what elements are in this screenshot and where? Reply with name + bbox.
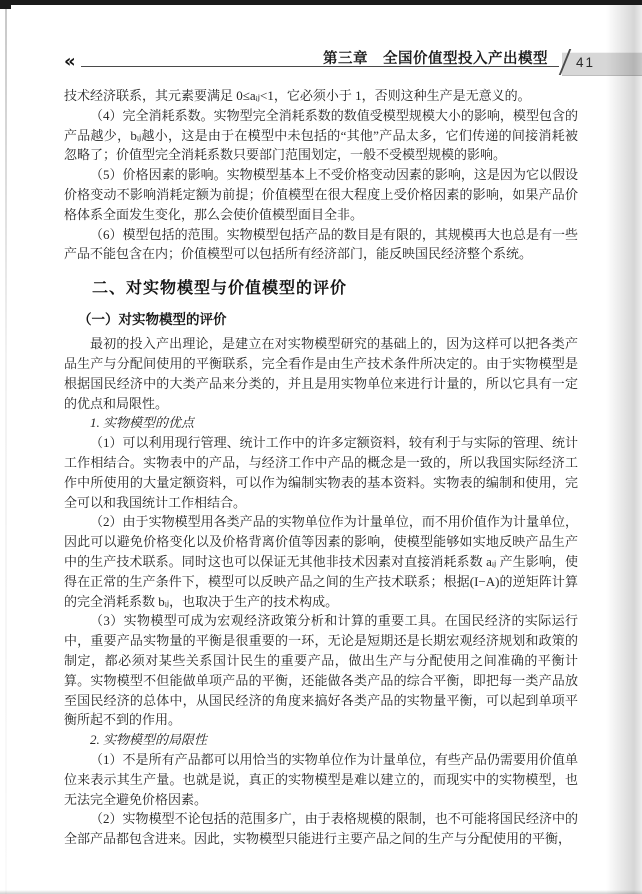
paragraph-point-5: （5）价格因素的影响。实物模型基本上不受价格变动因素的影响，这是因为它以假设价格…	[64, 165, 578, 224]
paragraph-continuation: 技术经济联系，其元素要满足 0≤aᵢⱼ<1，它必须小于 1，否则这种生产是无意义…	[64, 86, 578, 106]
page-gutter-shadow	[606, 0, 642, 894]
numbered-item-limitations: 2. 实物模型的局限性	[64, 730, 578, 750]
scan-left-edge	[5, 0, 7, 894]
scan-bottom-edge	[0, 890, 642, 894]
paragraph-advantage-1: （1）可以利用现行管理、统计工作中的许多定额资料，较有利于与实际的管理、统计工作…	[64, 433, 578, 512]
paragraph-point-6: （6）模型包括的范围。实物模型包括产品的数目是有限的，其规模再大也总是有一些产品…	[64, 225, 578, 265]
running-header: « 第三章 全国价值型投入产出模型 41	[62, 50, 642, 78]
paragraph-limitation-1: （1）不是所有产品都可以用恰当的实物单位作为计量单位，有些产品仍需要用价值单位来…	[64, 750, 578, 809]
paragraph-point-4: （4）完全消耗系数。实物型完全消耗系数的数值受模型规模大小的影响，模型包含的产品…	[64, 106, 578, 165]
section-heading: 二、对实物模型与价值模型的评价	[64, 275, 578, 298]
paragraph-advantage-3: （3）实物模型可成为宏观经济政策分析和计算的重要工具。在国民经济的实际运行中，重…	[64, 611, 578, 730]
page-number-band: 41	[562, 52, 642, 76]
chapter-title: 第三章 全国价值型投入产出模型	[323, 47, 548, 68]
paragraph-limitation-2: （2）实物模型不论包括的范围多广，由于表格规模的限制，也不可能将国民经济中的全部…	[64, 809, 578, 849]
paragraph-advantage-2: （2）由于实物模型用各类产品的实物单位作为计量单位，而不用价值作为计量单位，因此…	[64, 512, 578, 611]
page-body: 技术经济联系，其元素要满足 0≤aᵢⱼ<1，它必须小于 1，否则这种生产是无意义…	[64, 86, 578, 849]
scan-top-left-notch	[0, 0, 11, 9]
double-chevron-left-icon: «	[64, 53, 76, 71]
page-number: 41	[576, 55, 595, 70]
subsection-heading: （一）对实物模型的评价	[64, 308, 578, 328]
numbered-item-advantages: 1. 实物模型的优点	[64, 413, 578, 433]
paragraph-intro: 最初的投入产出理论，是建立在对实物模型研究的基础上的，因为这样可以把各类产品生产…	[64, 334, 578, 413]
scan-top-edge	[0, 0, 642, 5]
